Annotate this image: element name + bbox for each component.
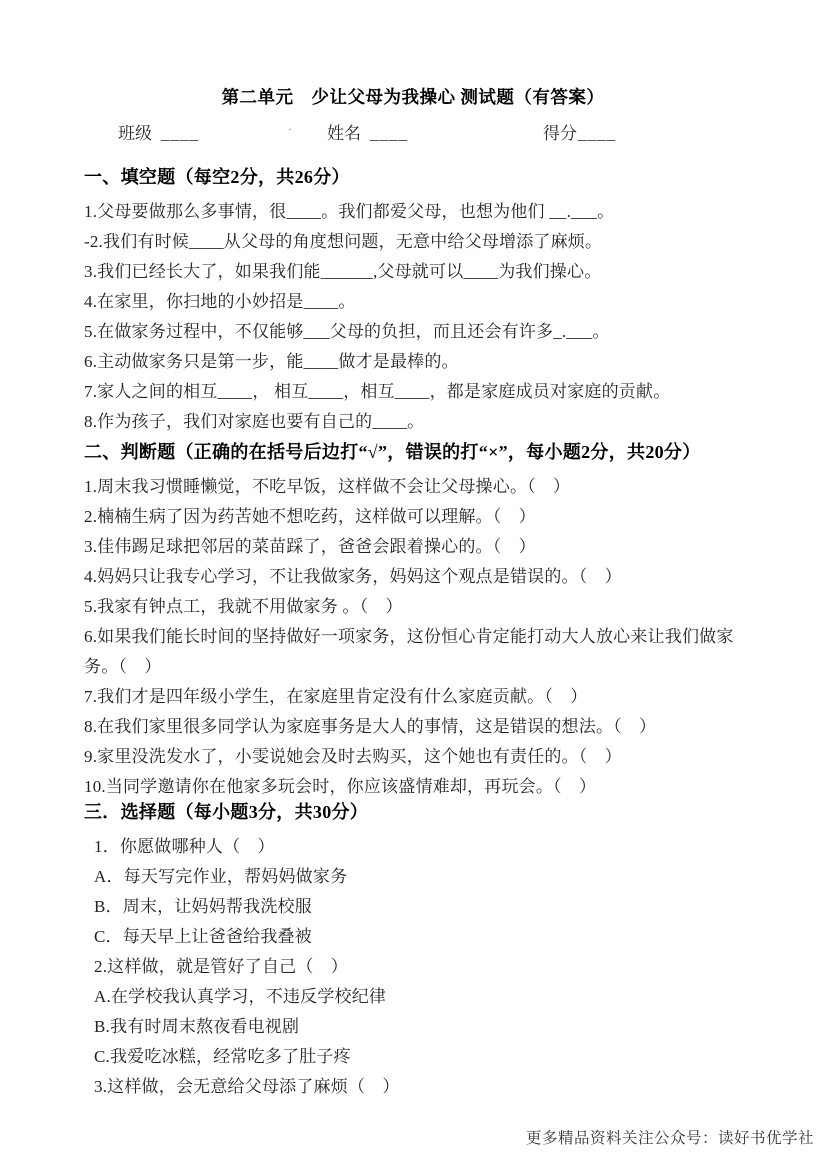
judge-item: 8.在我们家里很多同学认为家庭事务是大人的事情，这是错误的想法。（ ）	[84, 712, 736, 742]
class-label: 班级	[118, 124, 152, 143]
choice-question: 1．你愿做哪种人（ ）	[94, 832, 736, 862]
judge-item: 6.如果我们能长时间的坚持做好一项家务，这份恒心肯定能打动大人放心来让我们做家务…	[84, 622, 736, 682]
score-label: 得分	[543, 124, 577, 143]
judge-item: 3.佳伟踢足球把邻居的菜苗踩了，爸爸会跟着操心的。（ ）	[84, 532, 736, 562]
section-heading-choice: 三．选择题（每小题3分，共30分）	[84, 799, 736, 825]
judge-item: 1.周末我习惯睡懒觉，不吃早饭，这样做不会让父母操心。（ ）	[84, 472, 736, 502]
choice-option: C.我爱吃冰糕，经常吃多了肚子疼	[94, 1042, 736, 1072]
choice-item-list: 1．你愿做哪种人（ ） A．每天写完作业，帮妈妈做家务 B．周末，让妈妈帮我洗校…	[84, 832, 736, 1102]
page-footer: 更多精品资料关注公众号：读好书优学社	[526, 1126, 814, 1148]
section-true-false: 二、判断题（正确的在括号后边打“√”，错误的打“×”，每小题2分，共20分） 1…	[84, 439, 736, 802]
fill-item: 4.在家里，你扫地的小妙招是____。	[84, 287, 736, 317]
stray-dot: ·	[288, 122, 292, 137]
fill-item: 7.家人之间的相互____， 相互____，相互____，都是家庭成员对家庭的贡…	[84, 377, 736, 407]
student-info-row: 班级____ · 姓名____ 得分____	[0, 119, 826, 145]
judge-item: 9.家里没洗发水了，小雯说她会及时去购买，这个她也有责任的。（ ）	[84, 742, 736, 772]
choice-option: B.我有时周末熬夜看电视剧	[94, 1012, 736, 1042]
fill-item-list: 1.父母要做那么多事情，很____。我们都爱父母，也想为他们 __.___。 -…	[84, 197, 736, 437]
score-blank: ____	[578, 124, 616, 143]
choice-option: A.在学校我认真学习，不违反学校纪律	[94, 982, 736, 1012]
choice-question: 2.这样做，就是管好了自己（ ）	[94, 952, 736, 982]
judge-item: 5.我家有钟点工，我就不用做家务 。（ ）	[84, 592, 736, 622]
section-heading-fill: 一、填空题（每空2分，共26分）	[84, 164, 736, 190]
fill-item: 6.主动做家务只是第一步，能____做才是最棒的。	[84, 347, 736, 377]
score-field: 得分____	[543, 119, 616, 144]
judge-item: 7.我们才是四年级小学生，在家庭里肯定没有什么家庭贡献。（ ）	[84, 682, 736, 712]
name-field: 姓名____	[327, 119, 408, 144]
page-title: 第二单元 少让父母为我操心 测试题（有答案）	[0, 84, 826, 109]
fill-item: 8.作为孩子，我们对家庭也要有自己的____。	[84, 407, 736, 437]
judge-item-list: 1.周末我习惯睡懒觉，不吃早饭，这样做不会让父母操心。（ ） 2.楠楠生病了因为…	[84, 472, 736, 802]
choice-option: A．每天写完作业，帮妈妈做家务	[94, 862, 736, 892]
fill-item: 5.在做家务过程中，不仅能够___父母的负担，而且还会有许多_.___。	[84, 317, 736, 347]
judge-item: 2.楠楠生病了因为药苦她不想吃药，这样做可以理解。（ ）	[84, 502, 736, 532]
choice-option: C．每天早上让爸爸给我叠被	[94, 922, 736, 952]
section-multiple-choice: 三．选择题（每小题3分，共30分） 1．你愿做哪种人（ ） A．每天写完作业，帮…	[84, 799, 736, 1102]
section-fill-in-blank: 一、填空题（每空2分，共26分） 1.父母要做那么多事情，很____。我们都爱父…	[84, 164, 736, 437]
judge-item: 10.当同学邀请你在他家多玩会时，你应该盛情难却，再玩会。（ ）	[84, 772, 736, 802]
fill-item: -2.我们有时候____从父母的角度想问题，无意中给父母增添了麻烦。	[84, 227, 736, 257]
choice-option: B．周末，让妈妈帮我洗校服	[94, 892, 736, 922]
name-label: 姓名	[327, 124, 361, 143]
fill-item: 1.父母要做那么多事情，很____。我们都爱父母，也想为他们 __.___。	[84, 197, 736, 227]
choice-question: 3.这样做，会无意给父母添了麻烦（ ）	[94, 1072, 736, 1102]
class-blank: ____	[161, 124, 199, 143]
section-heading-judge: 二、判断题（正确的在括号后边打“√”，错误的打“×”，每小题2分，共20分）	[84, 439, 736, 465]
class-field: 班级____	[118, 119, 199, 144]
test-paper-page: 第二单元 少让父母为我操心 测试题（有答案） 班级____ · 姓名____ 得…	[0, 0, 826, 1169]
fill-item: 3.我们已经长大了，如果我们能______,父母就可以____为我们操心。	[84, 257, 736, 287]
judge-item: 4.妈妈只让我专心学习，不让我做家务，妈妈这个观点是错误的。（ ）	[84, 562, 736, 592]
name-blank: ____	[370, 124, 408, 143]
